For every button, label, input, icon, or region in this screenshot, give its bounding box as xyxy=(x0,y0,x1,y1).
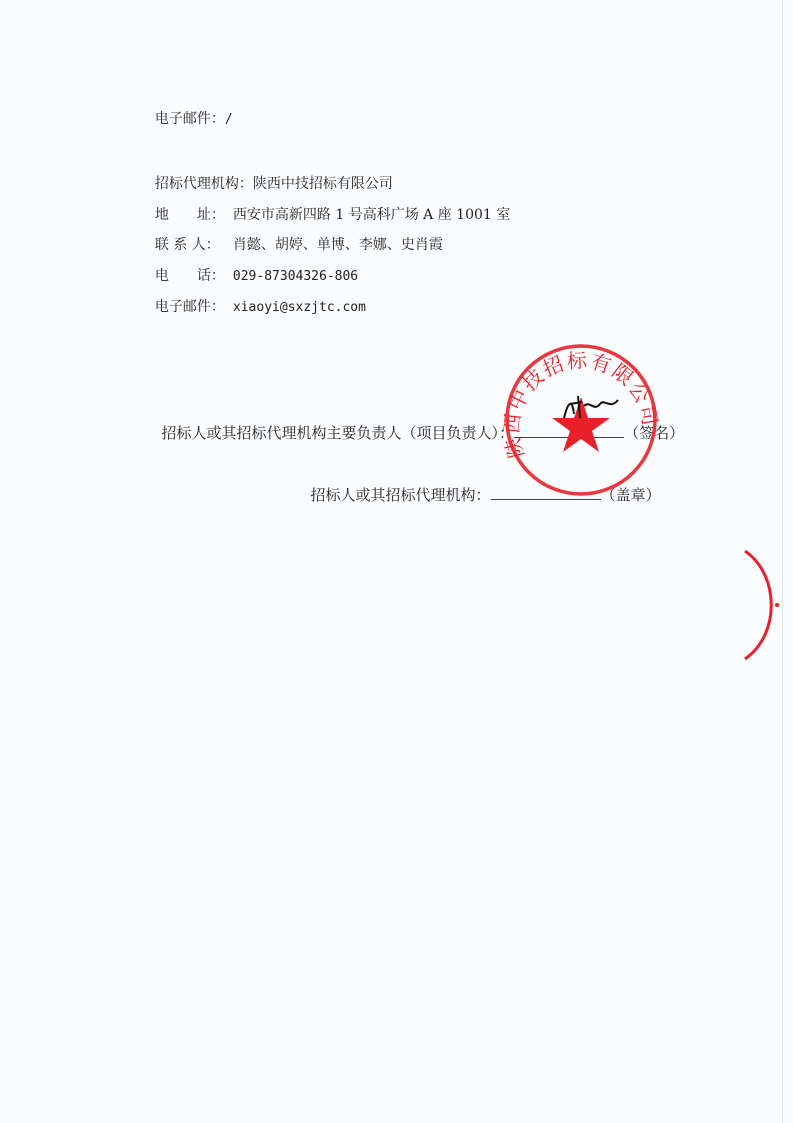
agency-email-value: xiaoyi@sxzjtc.com xyxy=(233,300,366,315)
top-email-row: 电子邮件：/ xyxy=(146,92,233,128)
top-email-label: 电子邮件： xyxy=(155,111,225,127)
agency-email-row: 电子邮件：xiaoyi@sxzjtc.com xyxy=(146,280,366,316)
partial-seal-icon xyxy=(735,545,785,665)
signature-label: 招标人或其招标代理机构主要负责人（项目负责人）： xyxy=(162,424,515,442)
handwritten-signature xyxy=(560,392,620,422)
seal-label: 招标人或其招标代理机构： xyxy=(311,486,491,504)
agency-email-label: 电子邮件： xyxy=(155,296,233,316)
top-email-value: / xyxy=(225,112,233,127)
